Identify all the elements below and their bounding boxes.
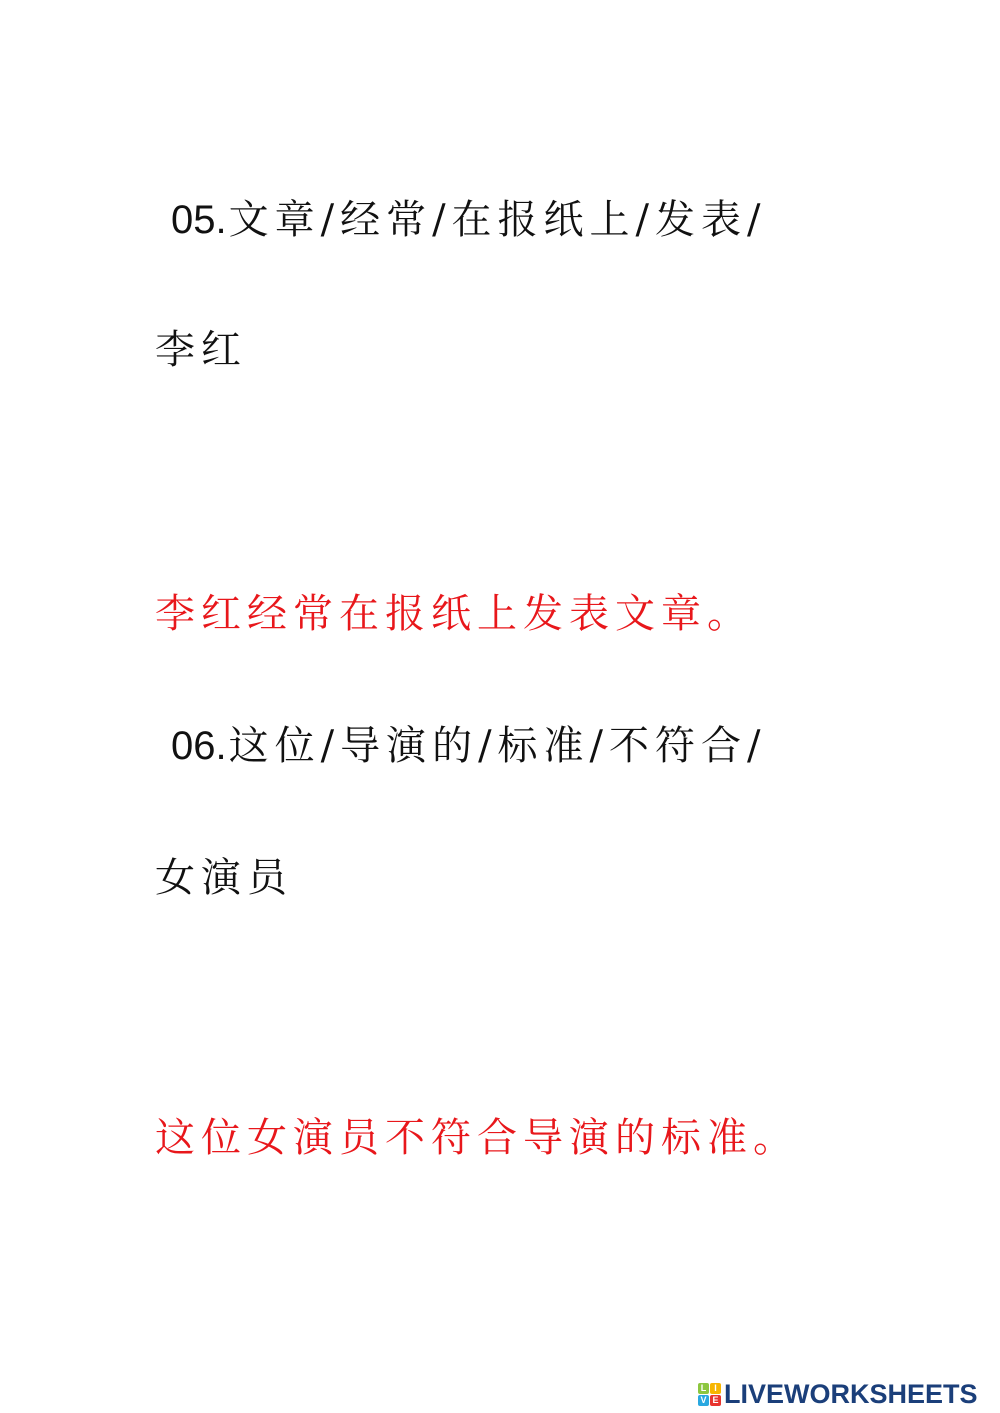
logo-cell-i: I (710, 1383, 721, 1394)
question-number: 05. (171, 198, 227, 242)
question-prompt-text: 文章/经常/在报纸上/发表/ (229, 197, 767, 243)
question-prompt-text: 这位/导演的/标准/不符合/ (229, 723, 767, 769)
logo-cell-e: E (710, 1395, 721, 1406)
logo-cell-l: L (698, 1383, 709, 1394)
question-05-prompt-line1: 05.文章/经常/在报纸上/发表/ (155, 196, 767, 244)
question-05-answer: 李红经常在报纸上发表文章。 (155, 590, 753, 638)
logo-icon: L I V E (698, 1383, 721, 1406)
question-number: 06. (171, 724, 227, 768)
question-06-prompt-line1: 06.这位/导演的/标准/不符合/ (155, 722, 767, 770)
question-06-prompt-line2: 女演员 (155, 854, 293, 902)
logo-wordmark: LIVEWORKSHEETS (724, 1381, 978, 1407)
question-06-answer: 这位女演员不符合导演的标准。 (155, 1114, 799, 1162)
question-05-prompt-line2: 李红 (155, 326, 247, 374)
logo-cell-v: V (698, 1395, 709, 1406)
liveworksheets-logo: L I V E LIVEWORKSHEETS (698, 1381, 978, 1407)
